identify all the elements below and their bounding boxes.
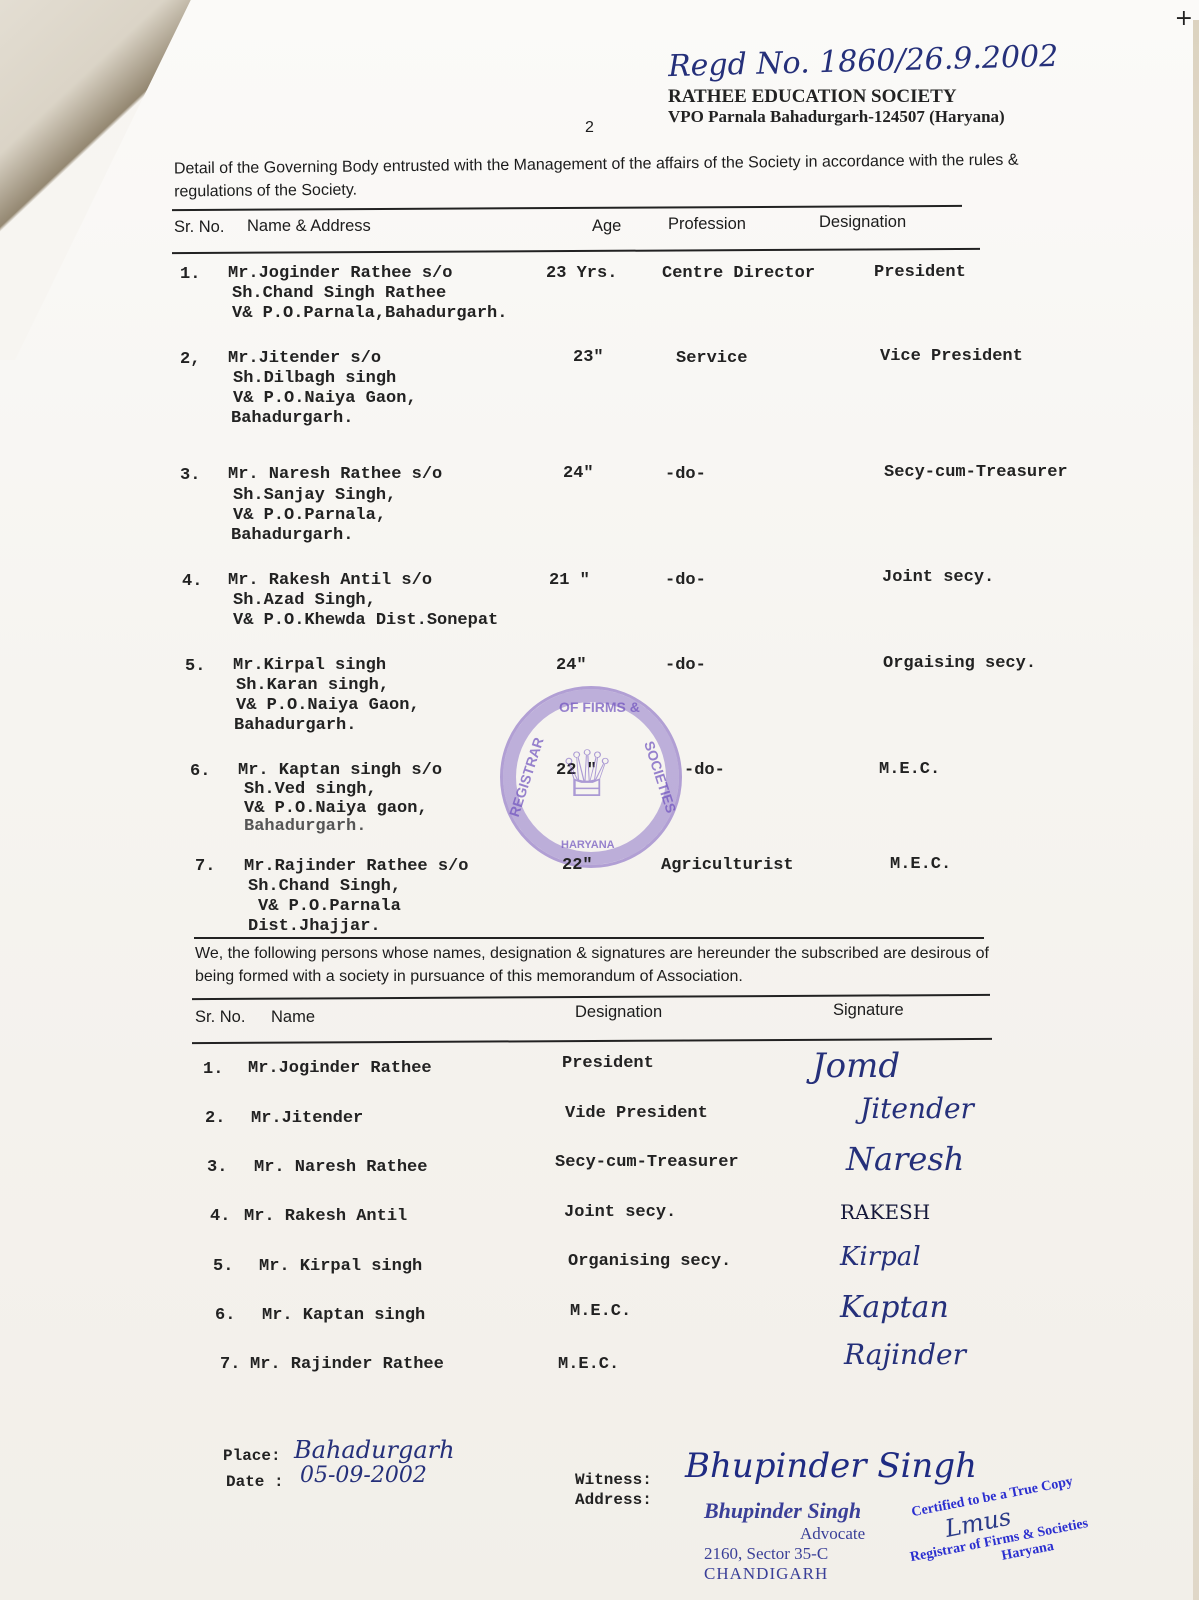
member-address-line: Sh.Chand Singh, [248,877,401,897]
society-address: VPO Parnala Bahadurgarh-124507 (Haryana) [668,107,1005,127]
seal-right-text: SOCIETIES [641,739,679,815]
col-sr-no: Sr. No. [195,1008,245,1027]
member-address-line: Sh.Karan singh, [236,676,389,696]
subscriber-name: Mr.Jitender [251,1109,363,1129]
member-designation: President [874,263,966,283]
seal-top-text: OF FIRMS & [559,699,640,715]
member-name: Mr. Kaptan singh s/o [238,761,442,781]
member-address-line: Sh.Chand Singh Rathee [232,284,446,304]
subscriber-designation: Secy-cum-Treasurer [555,1153,739,1173]
member-address-line: Bahadurgarh. [231,526,353,546]
member-profession: -do- [684,761,725,781]
member-profession: -do- [665,571,706,591]
date-label: Date : [226,1472,284,1492]
member-designation: Joint secy. [882,568,994,588]
member-address-line: V& P.O.Parnala [258,897,401,917]
col-designation: Designation [819,213,906,232]
member-address-line: Bahadurgarh. [234,716,356,736]
advocate-name: Bhupinder Singh [704,1498,865,1524]
member-age: 21 " [549,571,590,591]
signature: Naresh [846,1140,964,1178]
subscriber-name: Mr. Rakesh Antil [244,1207,407,1227]
member-sr: 1. [180,265,200,285]
member-name: Mr.Rajinder Rathee s/o [244,857,468,877]
subscriber-sr: 6. [215,1306,235,1326]
divider [172,248,980,254]
subscriber-designation: Organising secy. [568,1252,731,1272]
subscriber-name: Mr. Rajinder Rathee [250,1355,444,1375]
member-name: Mr. Naresh Rathee s/o [228,465,442,485]
witness-label: Witness: [575,1470,652,1490]
subscriber-designation: Joint secy. [564,1203,676,1223]
subscriber-designation: M.E.C. [558,1355,619,1375]
member-address-line: V& P.O.Khewda Dist.Sonepat [233,611,498,631]
member-address-line: V& P.O.Naiya Gaon, [236,696,420,716]
page-edge [1193,20,1199,1600]
advocate-title: Advocate [704,1524,865,1544]
member-address-line: Dist.Jhajjar. [248,917,381,937]
signature: Jitender [860,1092,974,1125]
subscriber-name: Mr.Joginder Rathee [248,1059,432,1079]
member-profession: -do- [665,656,706,676]
place-label: Place: [223,1446,281,1466]
member-designation: M.E.C. [879,760,940,780]
member-address-line: Bahadurgarh. [244,817,366,837]
signature: RAKESH [840,1200,930,1224]
member-address-line: Bahadurgarh. [231,409,353,429]
signature: Rajinder [844,1338,966,1371]
society-name: RATHEE EDUCATION SOCIETY [668,86,957,108]
member-sr: 7. [195,857,215,877]
subscriber-name: Mr. Naresh Rathee [254,1158,427,1178]
member-profession: Agriculturist [661,856,794,876]
subscriber-designation: Vide President [565,1104,708,1124]
signature: Kaptan [840,1290,949,1325]
advocate-stamp: Bhupinder Singh Advocate 2160, Sector 35… [704,1498,865,1584]
col-signature: Signature [833,1001,904,1020]
subscriber-sr: 7. [220,1355,240,1375]
member-age: 23" [573,348,604,368]
subscriber-designation: M.E.C. [570,1302,631,1322]
subscriber-sr: 3. [207,1158,227,1178]
member-address-line: Sh.Sanjay Singh, [233,486,396,506]
member-sr: 2, [180,350,200,370]
col-name-address: Name & Address [247,217,371,236]
member-name: Mr.Joginder Rathee s/o [228,264,452,284]
page-number: 2 [585,119,594,137]
member-designation: Vice President [880,347,1023,367]
member-address-line: V& P.O.Parnala, [233,506,386,526]
divider [192,1038,992,1044]
member-sr: 6. [190,762,210,782]
registrar-seal: OF FIRMS & REGISTRAR SOCIETIES HARYANA ♕ [500,686,682,868]
member-age: 24" [563,464,594,484]
divider [194,937,984,939]
member-designation: M.E.C. [890,855,951,875]
member-name: Mr.Jitender s/o [228,349,381,369]
divider [192,994,990,1000]
witness-signature: Bhupinder Singh [685,1446,977,1486]
subscribers-intro: We, the following persons whose names, d… [195,942,1025,988]
subscriber-sr: 5. [213,1257,233,1277]
advocate-address: 2160, Sector 35-C [704,1544,865,1564]
col-age: Age [592,217,621,236]
member-designation: Secy-cum-Treasurer [884,463,1068,483]
member-name: Mr.Kirpal singh [233,656,386,676]
plus-mark-icon: + [1175,6,1193,31]
member-sr: 3. [180,466,200,486]
col-name: Name [271,1008,315,1027]
member-age: 23 Yrs. [546,264,617,284]
subscriber-name: Mr. Kaptan singh [262,1306,425,1326]
subscriber-designation: President [562,1054,654,1074]
member-sr: 4. [182,572,202,592]
member-address-line: Sh.Azad Singh, [233,591,376,611]
member-sr: 5. [185,657,205,677]
seal-bottom-text: HARYANA [561,839,615,851]
signature: Kirpal [840,1242,921,1272]
member-designation: Orgaising secy. [883,654,1036,674]
member-address-line: V& P.O.Parnala,Bahadurgarh. [232,304,507,324]
member-address-line: V& P.O.Naiya gaon, [244,799,428,819]
place-value: Bahadurgarh [294,1436,455,1464]
member-age: 22" [562,856,593,876]
member-address-line: Sh.Dilbagh singh [233,369,396,389]
member-address-line: Sh.Ved singh, [244,780,377,800]
member-address-line: V& P.O.Naiya Gaon, [233,389,417,409]
document-page: + Regd No. 1860/26.9.2002 RATHEE EDUCATI… [0,0,1199,1600]
address-label: Address: [575,1490,652,1510]
divider [172,205,962,211]
member-age: 24" [556,656,587,676]
date-value: 05-09-2002 [300,1463,427,1488]
col-designation: Designation [575,1003,662,1022]
member-name: Mr. Rakesh Antil s/o [228,571,432,591]
advocate-city: CHANDIGARH [704,1564,865,1584]
signature: Jomd [812,1046,900,1086]
subscriber-sr: 4. [210,1207,230,1227]
registration-number: Regd No. 1860/26.9.2002 [668,39,1059,84]
member-profession: Service [676,349,747,369]
col-profession: Profession [668,215,746,234]
governing-body-intro: Detail of the Governing Body entrusted w… [174,149,1024,204]
subscriber-sr: 2. [205,1109,225,1129]
member-profession: -do- [665,465,706,485]
subscriber-name: Mr. Kirpal singh [259,1257,422,1277]
subscriber-sr: 1. [203,1060,223,1080]
member-profession: Centre Director [662,264,815,284]
col-sr-no: Sr. No. [174,218,224,237]
state-emblem-icon: ♕ [537,719,637,829]
